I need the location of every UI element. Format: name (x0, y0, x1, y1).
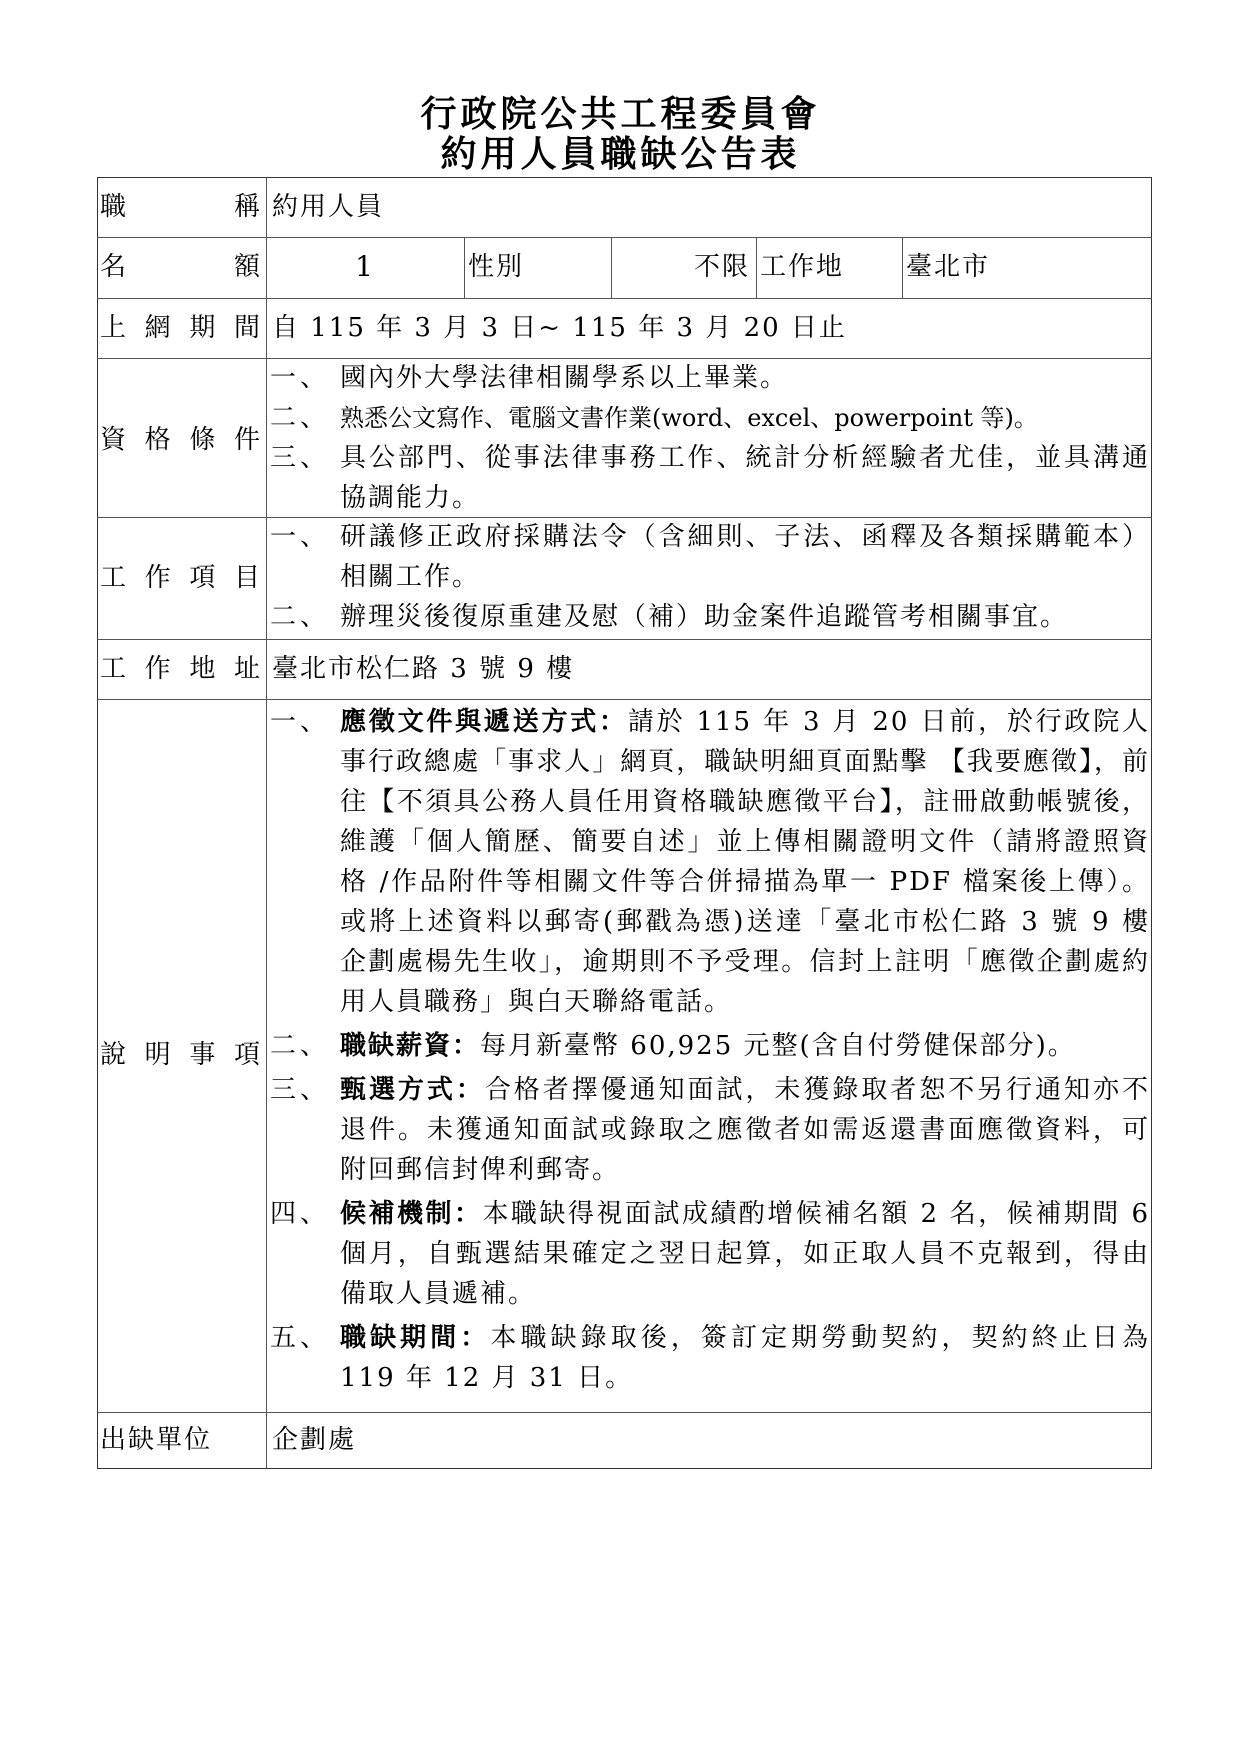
row-divider (97, 298, 1152, 299)
label-char: 事 (189, 1040, 215, 1070)
column-divider (756, 237, 757, 298)
label-char: 稱 (234, 192, 260, 222)
list-text: 候補機制：本職缺得視面試成績酌增候補名額 2 名，候補期間 6 個月，自甄選結果… (340, 1194, 1150, 1314)
list-marker: 二、 (270, 597, 340, 637)
label-unit: 出缺單位 (100, 1425, 260, 1455)
label-char: 額 (234, 252, 260, 282)
label-char: 職 (100, 192, 126, 222)
gender-value: 不限 (611, 252, 750, 282)
note-text: 請於 115 年 3 月 20 日前，於行政院人事行政總處「事求人」網頁，職缺明… (340, 707, 1178, 1017)
column-divider (902, 237, 903, 298)
list-text: 辦理災後復原重建及慰（補）助金案件追蹤管考相關事宜。 (340, 597, 1150, 637)
list-marker: 四、 (270, 1194, 340, 1314)
row-divider (97, 639, 1152, 640)
column-divider (464, 237, 465, 298)
label-notes: 說 明 事 項 (100, 1040, 260, 1070)
unit-value: 企劃處 (272, 1425, 356, 1455)
column-divider (266, 177, 267, 1469)
label-qualifications: 資 格 條 件 (100, 425, 260, 455)
list-marker: 五、 (270, 1318, 340, 1398)
document-subtitle: 約用人員職缺公告表 (0, 135, 1241, 175)
list-item: 三、 具公部門、從事法律事務工作、統計分析經驗者尤佳，並具溝通協調能力。 (270, 438, 1150, 518)
list-marker: 二、 (270, 1026, 340, 1066)
row-divider (97, 237, 1152, 238)
list-item: 五、 職缺期間：本職缺錄取後，簽訂定期勞動契約，契約終止日為 119 年 12 … (270, 1318, 1150, 1398)
label-char: 工 (100, 654, 126, 684)
list-marker: 一、 (270, 702, 340, 1022)
label-char: 資 (100, 425, 126, 455)
label-quota: 名 額 (100, 252, 260, 282)
list-text: 應徵文件與遞送方式：請於 115 年 3 月 20 日前，於行政院人事行政總處「… (340, 702, 1150, 1022)
work-items-list: 一、 研議修正政府採購法令（含細則、子法、函釋及各類採購範本）相關工作。 二、 … (270, 517, 1150, 637)
list-item: 二、 辦理災後復原重建及慰（補）助金案件追蹤管考相關事宜。 (270, 597, 1150, 637)
label-char: 件 (234, 425, 260, 455)
label-char: 作 (145, 654, 171, 684)
list-item: 一、 研議修正政府採購法令（含細則、子法、函釋及各類採購範本）相關工作。 (270, 517, 1150, 597)
list-marker: 一、 (270, 358, 340, 398)
note-heading: 應徵文件與遞送方式： (340, 707, 628, 737)
label-char: 期 (189, 313, 215, 343)
note-heading: 甄選方式： (340, 1075, 485, 1105)
list-item: 一、 國內外大學法律相關學系以上畢業。 (270, 358, 1150, 398)
work-address-value: 臺北市松仁路 3 號 9 樓 (272, 654, 574, 684)
label-char: 名 (100, 252, 126, 282)
list-item: 四、 候補機制：本職缺得視面試成績酌增候補名額 2 名，候補期間 6 個月，自甄… (270, 1194, 1150, 1314)
label-char: 上 (100, 313, 126, 343)
job-title-value: 約用人員 (272, 192, 384, 222)
list-item: 三、 甄選方式：合格者擇優通知面試，未獲錄取者恕不另行通知亦不退件。未獲通知面試… (270, 1070, 1150, 1190)
list-marker: 三、 (270, 438, 340, 518)
note-heading: 職缺薪資： (340, 1031, 480, 1061)
list-marker: 一、 (270, 517, 340, 597)
label-char: 址 (234, 654, 260, 684)
label-char: 作 (145, 563, 171, 593)
list-text: 國內外大學法律相關學系以上畢業。 (340, 358, 1150, 398)
label-char: 網 (145, 313, 171, 343)
list-text: 研議修正政府採購法令（含細則、子法、函釋及各類採購範本）相關工作。 (340, 517, 1150, 597)
list-marker: 三、 (270, 1070, 340, 1190)
label-posting-period: 上 網 期 間 (100, 313, 260, 343)
row-divider (97, 699, 1152, 700)
label-char: 項 (189, 563, 215, 593)
label-char: 地 (189, 654, 215, 684)
list-item: 二、 熟悉公文寫作、電腦文書作業(word、excel、powerpoint 等… (270, 398, 1150, 438)
location-value: 臺北市 (906, 252, 990, 282)
list-item: 二、 職缺薪資：每月新臺幣 60,925 元整(含自付勞健保部分)。 (270, 1026, 1150, 1066)
label-work-items: 工 作 項 目 (100, 563, 260, 593)
document-title: 行政院公共工程委員會 (0, 95, 1241, 135)
label-char: 項 (234, 1040, 260, 1070)
qualifications-list: 一、 國內外大學法律相關學系以上畢業。 二、 熟悉公文寫作、電腦文書作業(wor… (270, 358, 1150, 518)
list-text: 具公部門、從事法律事務工作、統計分析經驗者尤佳，並具溝通協調能力。 (340, 438, 1150, 518)
label-char: 格 (145, 425, 171, 455)
label-char: 間 (234, 313, 260, 343)
label-job-title: 職 稱 (100, 192, 260, 222)
location-label: 工作地 (760, 252, 844, 282)
quota-value: 1 (266, 252, 464, 282)
label-char: 目 (234, 563, 260, 593)
gender-label: 性別 (468, 252, 524, 282)
row-divider (97, 1412, 1152, 1413)
label-char: 明 (145, 1040, 171, 1070)
list-item: 一、 應徵文件與遞送方式：請於 115 年 3 月 20 日前，於行政院人事行政… (270, 702, 1150, 1022)
list-text: 甄選方式：合格者擇優通知面試，未獲錄取者恕不另行通知亦不退件。未獲通知面試或錄取… (340, 1070, 1150, 1190)
notes-list: 一、 應徵文件與遞送方式：請於 115 年 3 月 20 日前，於行政院人事行政… (270, 702, 1150, 1398)
posting-period-value: 自 115 年 3 月 3 日~ 115 年 3 月 20 日止 (272, 313, 847, 343)
note-heading: 職缺期間： (340, 1323, 490, 1353)
note-heading: 候補機制： (340, 1199, 482, 1229)
label-char: 說 (100, 1040, 126, 1070)
label-work-address: 工 作 地 址 (100, 654, 260, 684)
list-marker: 二、 (270, 398, 340, 438)
note-text: 每月新臺幣 60,925 元整(含自付勞健保部分)。 (480, 1031, 1076, 1061)
list-text: 熟悉公文寫作、電腦文書作業(word、excel、powerpoint 等)。 (340, 398, 1150, 438)
label-char: 工 (100, 563, 126, 593)
list-text: 職缺薪資：每月新臺幣 60,925 元整(含自付勞健保部分)。 (340, 1026, 1150, 1066)
label-char: 條 (189, 425, 215, 455)
list-text: 職缺期間：本職缺錄取後，簽訂定期勞動契約，契約終止日為 119 年 12 月 3… (340, 1318, 1150, 1398)
